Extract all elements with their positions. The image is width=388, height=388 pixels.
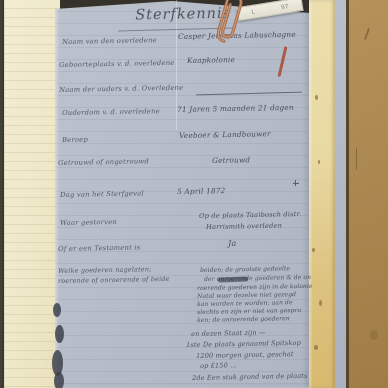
torn-edge-blob: [55, 325, 64, 343]
page-edge-blue-strip: [335, 0, 346, 388]
field-value-testament: Ja: [228, 239, 237, 248]
field-value-birthplace: Kaapkolonie: [187, 55, 235, 65]
book-cover: [349, 0, 388, 388]
field-label-testament: Of er een Testament is: [58, 243, 141, 253]
field-value-death-date: 5 April 1872: [177, 186, 226, 196]
cover-stain: [370, 330, 378, 340]
notebook-page-left: [4, 0, 60, 388]
pencil-plus-mark: [295, 180, 296, 186]
field-value-death-place-2: Harrismith overleden: [206, 222, 282, 231]
left-edge-shadow: [0, 0, 5, 388]
pencil-plus-mark: [293, 183, 299, 184]
estate-line: op £150 ...: [200, 361, 237, 370]
photo-of-death-notice-document: Sterfkennis Naam van den overledene Casp…: [0, 0, 388, 388]
cover-crack: [356, 148, 357, 170]
sticker-number: 97: [280, 3, 289, 11]
stain-speck: [314, 345, 318, 350]
field-value-married: Getrouwd: [212, 155, 250, 165]
field-label-death-place: Waar gestorven: [60, 218, 117, 227]
estate-line: en dezen Staat zijn —: [191, 329, 266, 338]
torn-edge-blob: [53, 303, 61, 317]
stain-speck: [312, 248, 315, 252]
field-label-occupation: Beroep: [62, 136, 88, 144]
stain-speck: [315, 95, 318, 100]
torn-edge-blob: [54, 372, 64, 388]
stain-speck: [319, 300, 322, 306]
field-value-occupation: Veeboer & Landbouwer: [179, 129, 271, 140]
page-edge-cream-strip: [309, 0, 335, 388]
stain-speck: [318, 160, 320, 164]
field-label-death-date: Dag van het Sterfgeval: [60, 189, 144, 199]
